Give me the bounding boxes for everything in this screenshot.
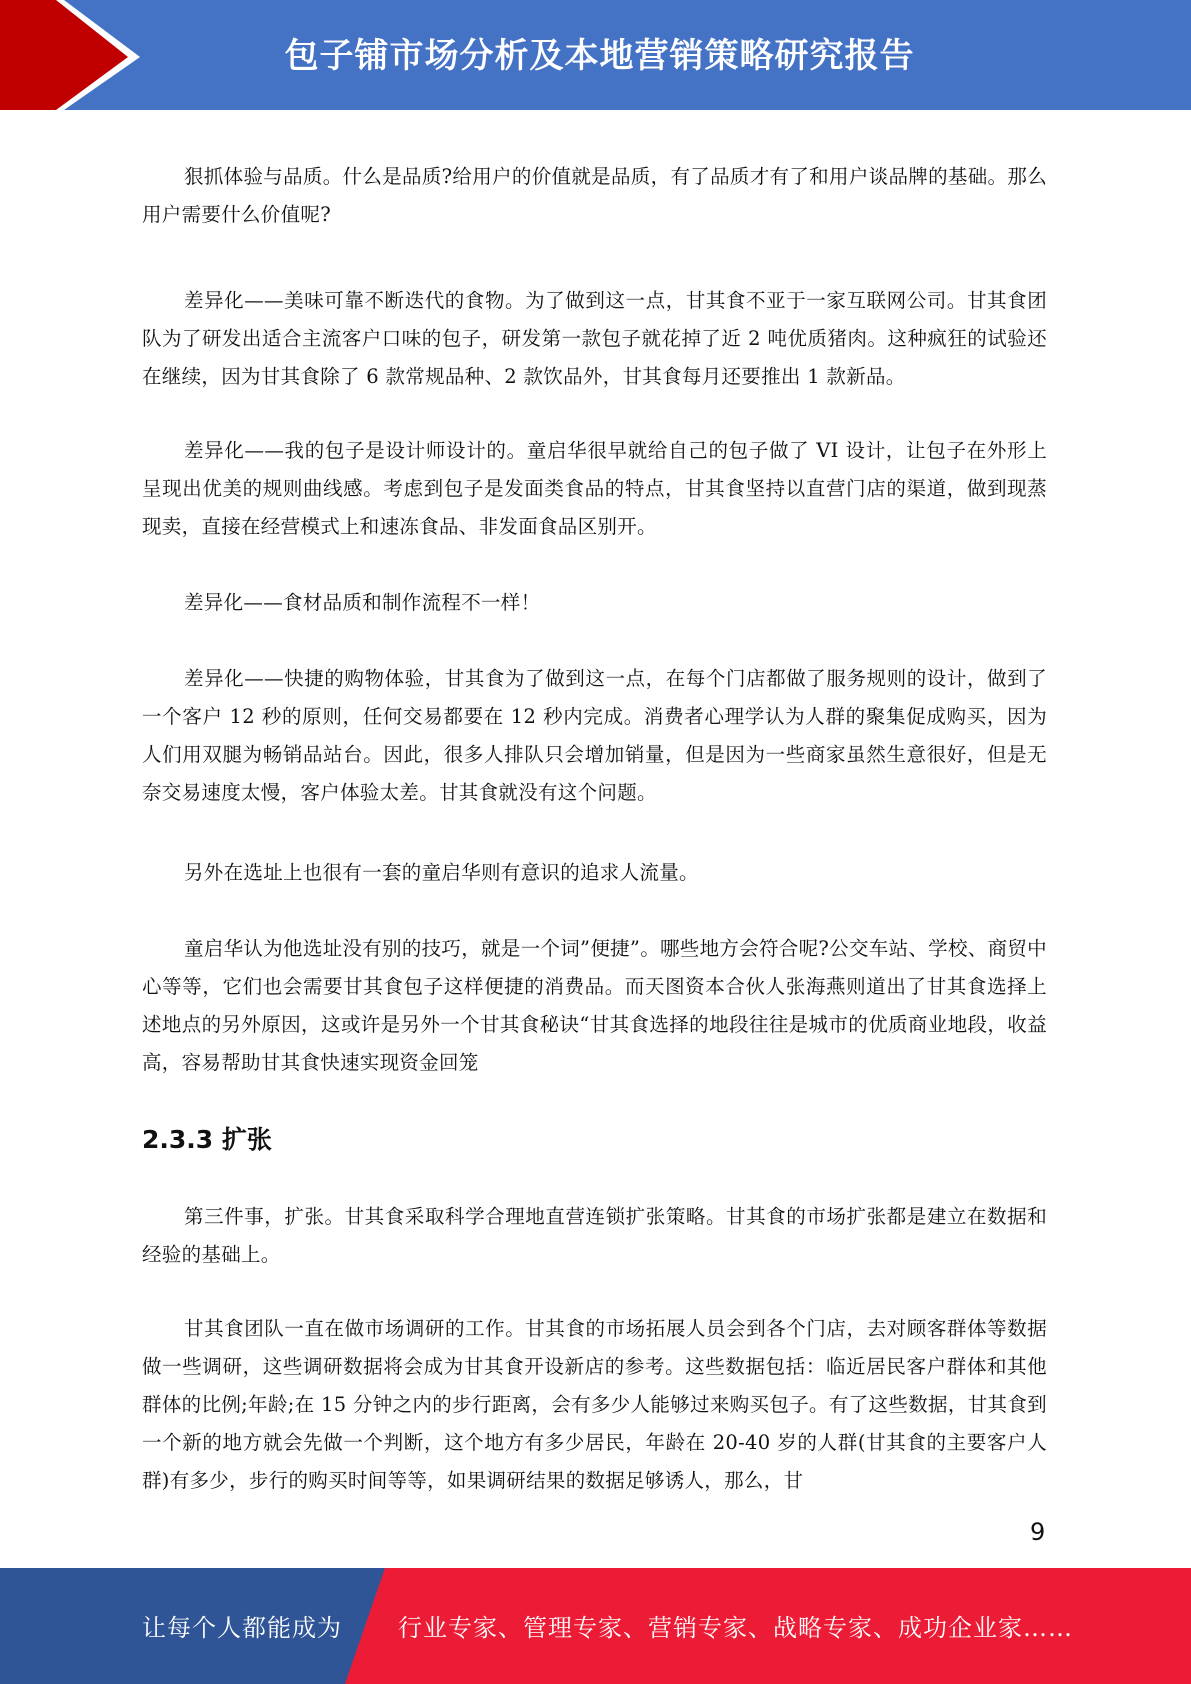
paragraph: 差异化——美味可靠不断迭代的食物。为了做到这一点，甘其食不亚于一家互联网公司。甘…	[142, 282, 1047, 396]
paragraph: 另外在选址上也很有一套的童启华则有意识的追求人流量。	[142, 854, 1047, 892]
paragraph: 甘其食团队一直在做市场调研的工作。甘其食的市场拓展人员会到各个门店，去对顾客群体…	[142, 1310, 1047, 1500]
page-number: 9	[1030, 1518, 1045, 1546]
paragraph: 差异化——我的包子是设计师设计的。童启华很早就给自己的包子做了 VI 设计，让包…	[142, 432, 1047, 546]
document-title: 包子铺市场分析及本地营销策略研究报告	[0, 28, 1191, 77]
paragraph: 第三件事，扩张。甘其食采取科学合理地直营连锁扩张策略。甘其食的市场扩张都是建立在…	[142, 1198, 1047, 1274]
section-heading: 2.3.3 扩张	[142, 1120, 272, 1156]
footer-slogan-left: 让每个人都能成为	[142, 1608, 342, 1643]
paragraph: 差异化——食材品质和制作流程不一样！	[142, 584, 1047, 622]
header-banner: 包子铺市场分析及本地营销策略研究报告	[0, 0, 1191, 110]
paragraph: 差异化——快捷的购物体验，甘其食为了做到这一点，在每个门店都做了服务规则的设计，…	[142, 660, 1047, 812]
paragraph: 狠抓体验与品质。什么是品质?给用户的价值就是品质，有了品质才有了和用户谈品牌的基…	[142, 158, 1047, 234]
footer-banner: 让每个人都能成为 行业专家、管理专家、营销专家、战略专家、成功企业家……	[0, 1568, 1191, 1684]
paragraph: 童启华认为他选址没有别的技巧，就是一个词”便捷”。哪些地方会符合呢?公交车站、学…	[142, 930, 1047, 1082]
footer-slogan-right: 行业专家、管理专家、营销专家、战略专家、成功企业家……	[398, 1608, 1073, 1643]
